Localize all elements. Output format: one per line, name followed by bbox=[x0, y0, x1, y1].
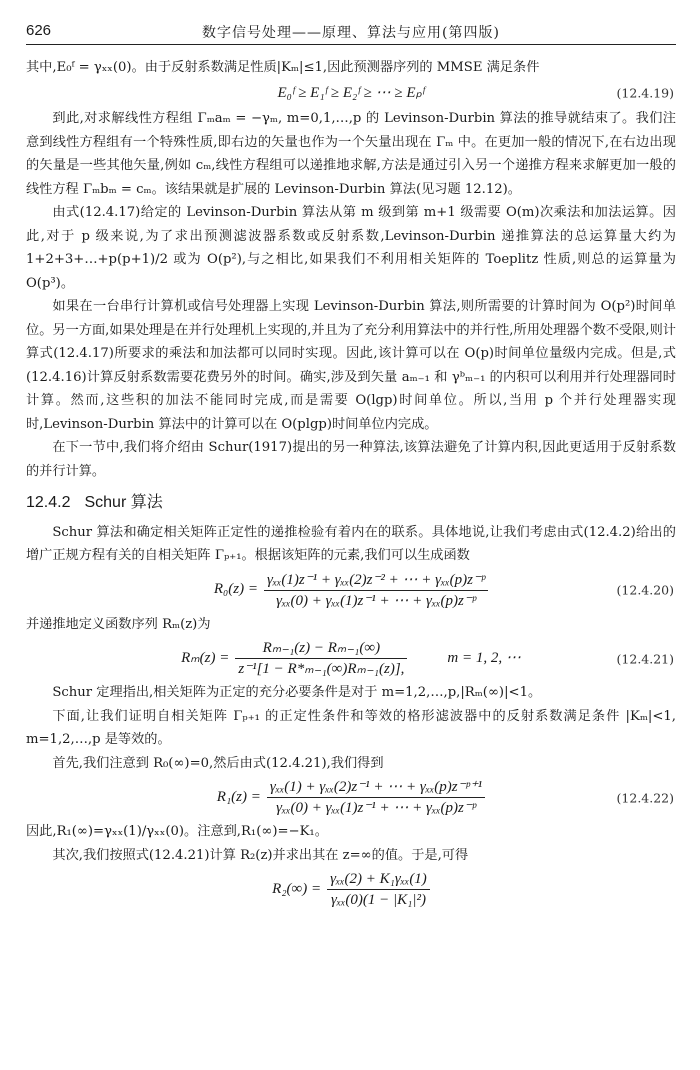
section-heading: 12.4.2Schur 算法 bbox=[26, 491, 676, 515]
equation-number: (12.4.19) bbox=[617, 82, 674, 106]
equation-lhs: R₀(z) = bbox=[214, 578, 258, 602]
paragraph: 其次,我们按照式(12.4.21)计算 R₂(z)并求出其在 z=∞的值。于是,… bbox=[26, 844, 676, 868]
numerator: γₓₓ(2) + K₁γₓₓ(1) bbox=[327, 869, 430, 890]
fraction: γₓₓ(2) + K₁γₓₓ(1)γₓₓ(0)(1 − |K₁|²) bbox=[327, 869, 430, 910]
section-title: Schur 算法 bbox=[84, 494, 162, 511]
numerator: Rₘ₋₁(z) − Rₘ₋₁(∞) bbox=[235, 638, 407, 659]
numerator: γₓₓ(1)z⁻¹ + γₓₓ(2)z⁻² + ⋯ + γₓₓ(p)z⁻ᵖ bbox=[264, 570, 488, 591]
equation-number: (12.4.22) bbox=[617, 786, 674, 810]
paragraph: 因此,R₁(∞)=γₓₓ(1)/γₓₓ(0)。注意到,R₁(∞)=−K₁。 bbox=[26, 820, 676, 844]
equation-number: (12.4.20) bbox=[617, 578, 674, 602]
equation-lhs: R₂(∞) = bbox=[272, 878, 321, 902]
paragraph: 在下一节中,我们将介绍由 Schur(1917)提出的另一种算法,该算法避免了计… bbox=[26, 436, 676, 483]
denominator: γₓₓ(0) + γₓₓ(1)z⁻¹ + ⋯ + γₓₓ(p)z⁻ᵖ bbox=[267, 798, 485, 818]
equation-12-4-21: Rₘ(z) =Rₘ₋₁(z) − Rₘ₋₁(∞)z⁻¹[1 − R*ₘ₋₁(∞)… bbox=[26, 638, 676, 679]
paragraph: 首先,我们注意到 R₀(∞)=0,然后由式(12.4.21),我们得到 bbox=[26, 752, 676, 776]
paragraph: 如果在一台串行计算机或信号处理器上实现 Levinson-Durbin 算法,则… bbox=[26, 295, 676, 436]
section-number: 12.4.2 bbox=[26, 494, 70, 511]
equation-lhs: Rₘ(z) = bbox=[181, 647, 229, 671]
paragraph: 由式(12.4.17)给定的 Levinson-Durbin 算法从第 m 级到… bbox=[26, 201, 676, 295]
equation-number: (12.4.21) bbox=[617, 647, 674, 671]
denominator: γₓₓ(0) + γₓₓ(1)z⁻¹ + ⋯ + γₓₓ(p)z⁻ᵖ bbox=[264, 591, 488, 611]
equation-r2-infinity: R₂(∞) =γₓₓ(2) + K₁γₓₓ(1)γₓₓ(0)(1 − |K₁|²… bbox=[26, 869, 676, 910]
numerator: γₓₓ(1) + γₓₓ(2)z⁻¹ + ⋯ + γₓₓ(p)z⁻ᵖ⁺¹ bbox=[267, 777, 485, 798]
equation-12-4-22: R₁(z) =γₓₓ(1) + γₓₓ(2)z⁻¹ + ⋯ + γₓₓ(p)z⁻… bbox=[26, 777, 676, 818]
equation-12-4-20: R₀(z) =γₓₓ(1)z⁻¹ + γₓₓ(2)z⁻² + ⋯ + γₓₓ(p… bbox=[26, 570, 676, 611]
denominator: γₓₓ(0)(1 − |K₁|²) bbox=[327, 890, 430, 910]
page-body: 其中,E₀ᶠ = γₓₓ(0)。由于反射系数满足性质|Kₘ|≤1,因此预测器序列… bbox=[26, 56, 676, 912]
book-page: 626 数字信号处理——原理、算法与应用(第四版) 其中,E₀ᶠ = γₓₓ(0… bbox=[0, 0, 700, 1070]
equation-body: E₀ᶠ ≥ E₁ᶠ ≥ E₂ᶠ ≥ ⋯ ≥ Eₚᶠ bbox=[277, 85, 424, 101]
fraction: γₓₓ(1) + γₓₓ(2)z⁻¹ + ⋯ + γₓₓ(p)z⁻ᵖ⁺¹γₓₓ(… bbox=[267, 777, 485, 818]
paragraph: Schur 算法和确定相关矩阵正定性的递推检验有着内在的联系。具体地说,让我们考… bbox=[26, 521, 676, 568]
header-rule bbox=[26, 44, 676, 45]
paragraph: Schur 定理指出,相关矩阵为正定的充分必要条件是对于 m=1,2,…,p,|… bbox=[26, 681, 676, 705]
denominator: z⁻¹[1 − R*ₘ₋₁(∞)Rₘ₋₁(z)], bbox=[235, 659, 407, 679]
page-header: 626 数字信号处理——原理、算法与应用(第四版) bbox=[26, 18, 676, 42]
equation-condition: m = 1, 2, ⋯ bbox=[447, 647, 520, 671]
equation-lhs: R₁(z) = bbox=[217, 786, 261, 810]
equation-12-4-19: E₀ᶠ ≥ E₁ᶠ ≥ E₂ᶠ ≥ ⋯ ≥ Eₚᶠ (12.4.19) bbox=[26, 82, 676, 106]
fraction: γₓₓ(1)z⁻¹ + γₓₓ(2)z⁻² + ⋯ + γₓₓ(p)z⁻ᵖγₓₓ… bbox=[264, 570, 488, 611]
running-title: 数字信号处理——原理、算法与应用(第四版) bbox=[26, 22, 676, 42]
paragraph: 并递推地定义函数序列 Rₘ(z)为 bbox=[26, 613, 676, 637]
paragraph: 其中,E₀ᶠ = γₓₓ(0)。由于反射系数满足性质|Kₘ|≤1,因此预测器序列… bbox=[26, 56, 676, 80]
paragraph: 到此,对求解线性方程组 Γₘaₘ = −γₘ, m=0,1,…,p 的 Levi… bbox=[26, 107, 676, 201]
fraction: Rₘ₋₁(z) − Rₘ₋₁(∞)z⁻¹[1 − R*ₘ₋₁(∞)Rₘ₋₁(z)… bbox=[235, 638, 407, 679]
paragraph: 下面,让我们证明自相关矩阵 Γₚ₊₁ 的正定性条件和等效的格形滤波器中的反射系数… bbox=[26, 705, 676, 752]
